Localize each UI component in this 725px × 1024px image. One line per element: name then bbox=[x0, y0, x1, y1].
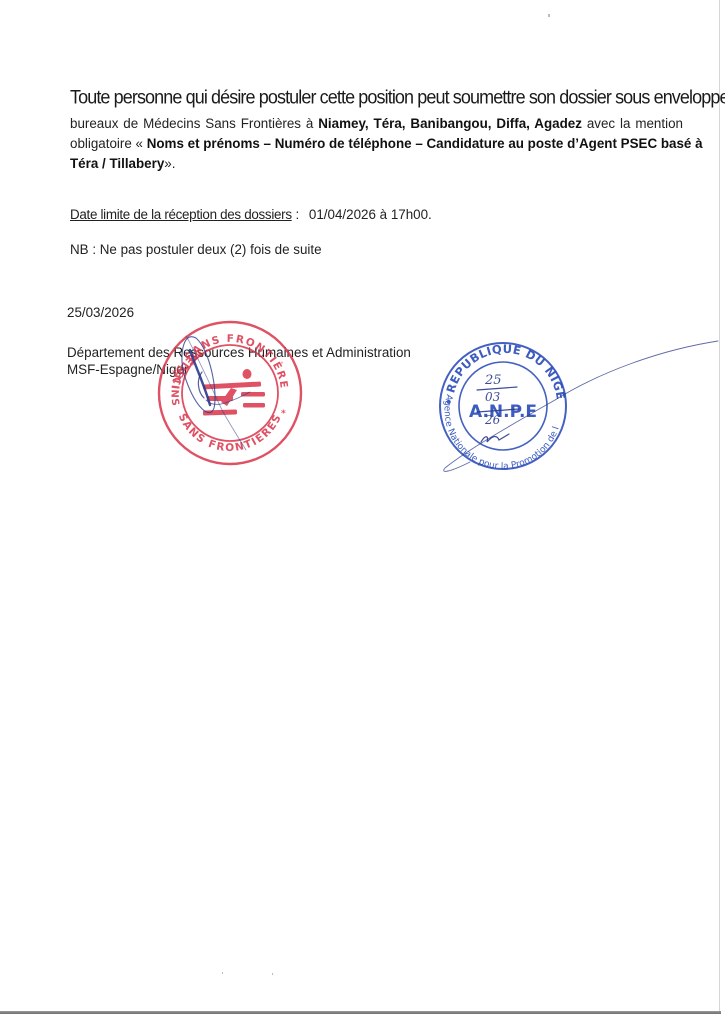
scan-speck bbox=[222, 972, 223, 974]
svg-text:*: * bbox=[172, 369, 177, 379]
msf-stamp: CINS SANS FRONTIÈRES SANS FRONTIERES MÉD… bbox=[155, 318, 305, 468]
handwritten-signatures bbox=[0, 0, 725, 1024]
intro-line-1: Toute personne qui désire postuler cette… bbox=[70, 86, 683, 109]
msf-stamp-bottom-text: SANS FRONTIERES bbox=[176, 412, 285, 454]
scan-speck bbox=[272, 973, 273, 975]
svg-text:25: 25 bbox=[484, 373, 502, 388]
intro-line-3-prefix: obligatoire « bbox=[70, 136, 143, 151]
mandatory-mention: Noms et prénoms – Numéro de téléphone – … bbox=[147, 136, 703, 151]
scan-speck bbox=[548, 14, 550, 17]
intro-line-3: obligatoire « Noms et prénoms – Numéro d… bbox=[70, 136, 683, 151]
intro-line-2: bureaux de Médecins Sans Frontières à Ni… bbox=[70, 116, 683, 131]
intro-line-2-suffix: avec la mention bbox=[587, 116, 683, 131]
deadline-separator: : bbox=[292, 207, 299, 222]
office-locations: Niamey, Téra, Banibangou, Diffa, Agadez bbox=[318, 116, 582, 131]
intro-line-2-prefix: bureaux de Médecins Sans Frontières à bbox=[70, 116, 313, 131]
scanned-page: Toute personne qui désire postuler cette… bbox=[0, 0, 725, 1024]
page-edge-bottom bbox=[0, 1011, 721, 1014]
deadline: Date limite de la réception des dossiers… bbox=[70, 207, 432, 222]
deadline-label: Date limite de la réception des dossiers bbox=[70, 207, 292, 222]
anpe-stamp: • REPUBLIQUE DU NIGER • Agence Nationale… bbox=[437, 339, 572, 474]
deadline-value: 01/04/2026 à 17h00. bbox=[309, 207, 432, 222]
page-edge-right bbox=[719, 0, 720, 1013]
intro-line-4: Téra / Tillabery». bbox=[70, 156, 683, 171]
svg-text:03: 03 bbox=[485, 390, 501, 404]
msf-logo-icon bbox=[203, 369, 265, 416]
document-date: 25/03/2026 bbox=[67, 305, 134, 320]
job-location: Téra / Tillabery bbox=[70, 156, 164, 171]
intro-line-4-suffix: ». bbox=[164, 156, 175, 171]
svg-text:*: * bbox=[281, 409, 286, 419]
note: NB : Ne pas postuler deux (2) fois de su… bbox=[70, 242, 322, 257]
svg-text:26: 26 bbox=[484, 413, 501, 427]
anpe-stamp-top-text: • REPUBLIQUE DU NIGER • bbox=[437, 339, 568, 406]
